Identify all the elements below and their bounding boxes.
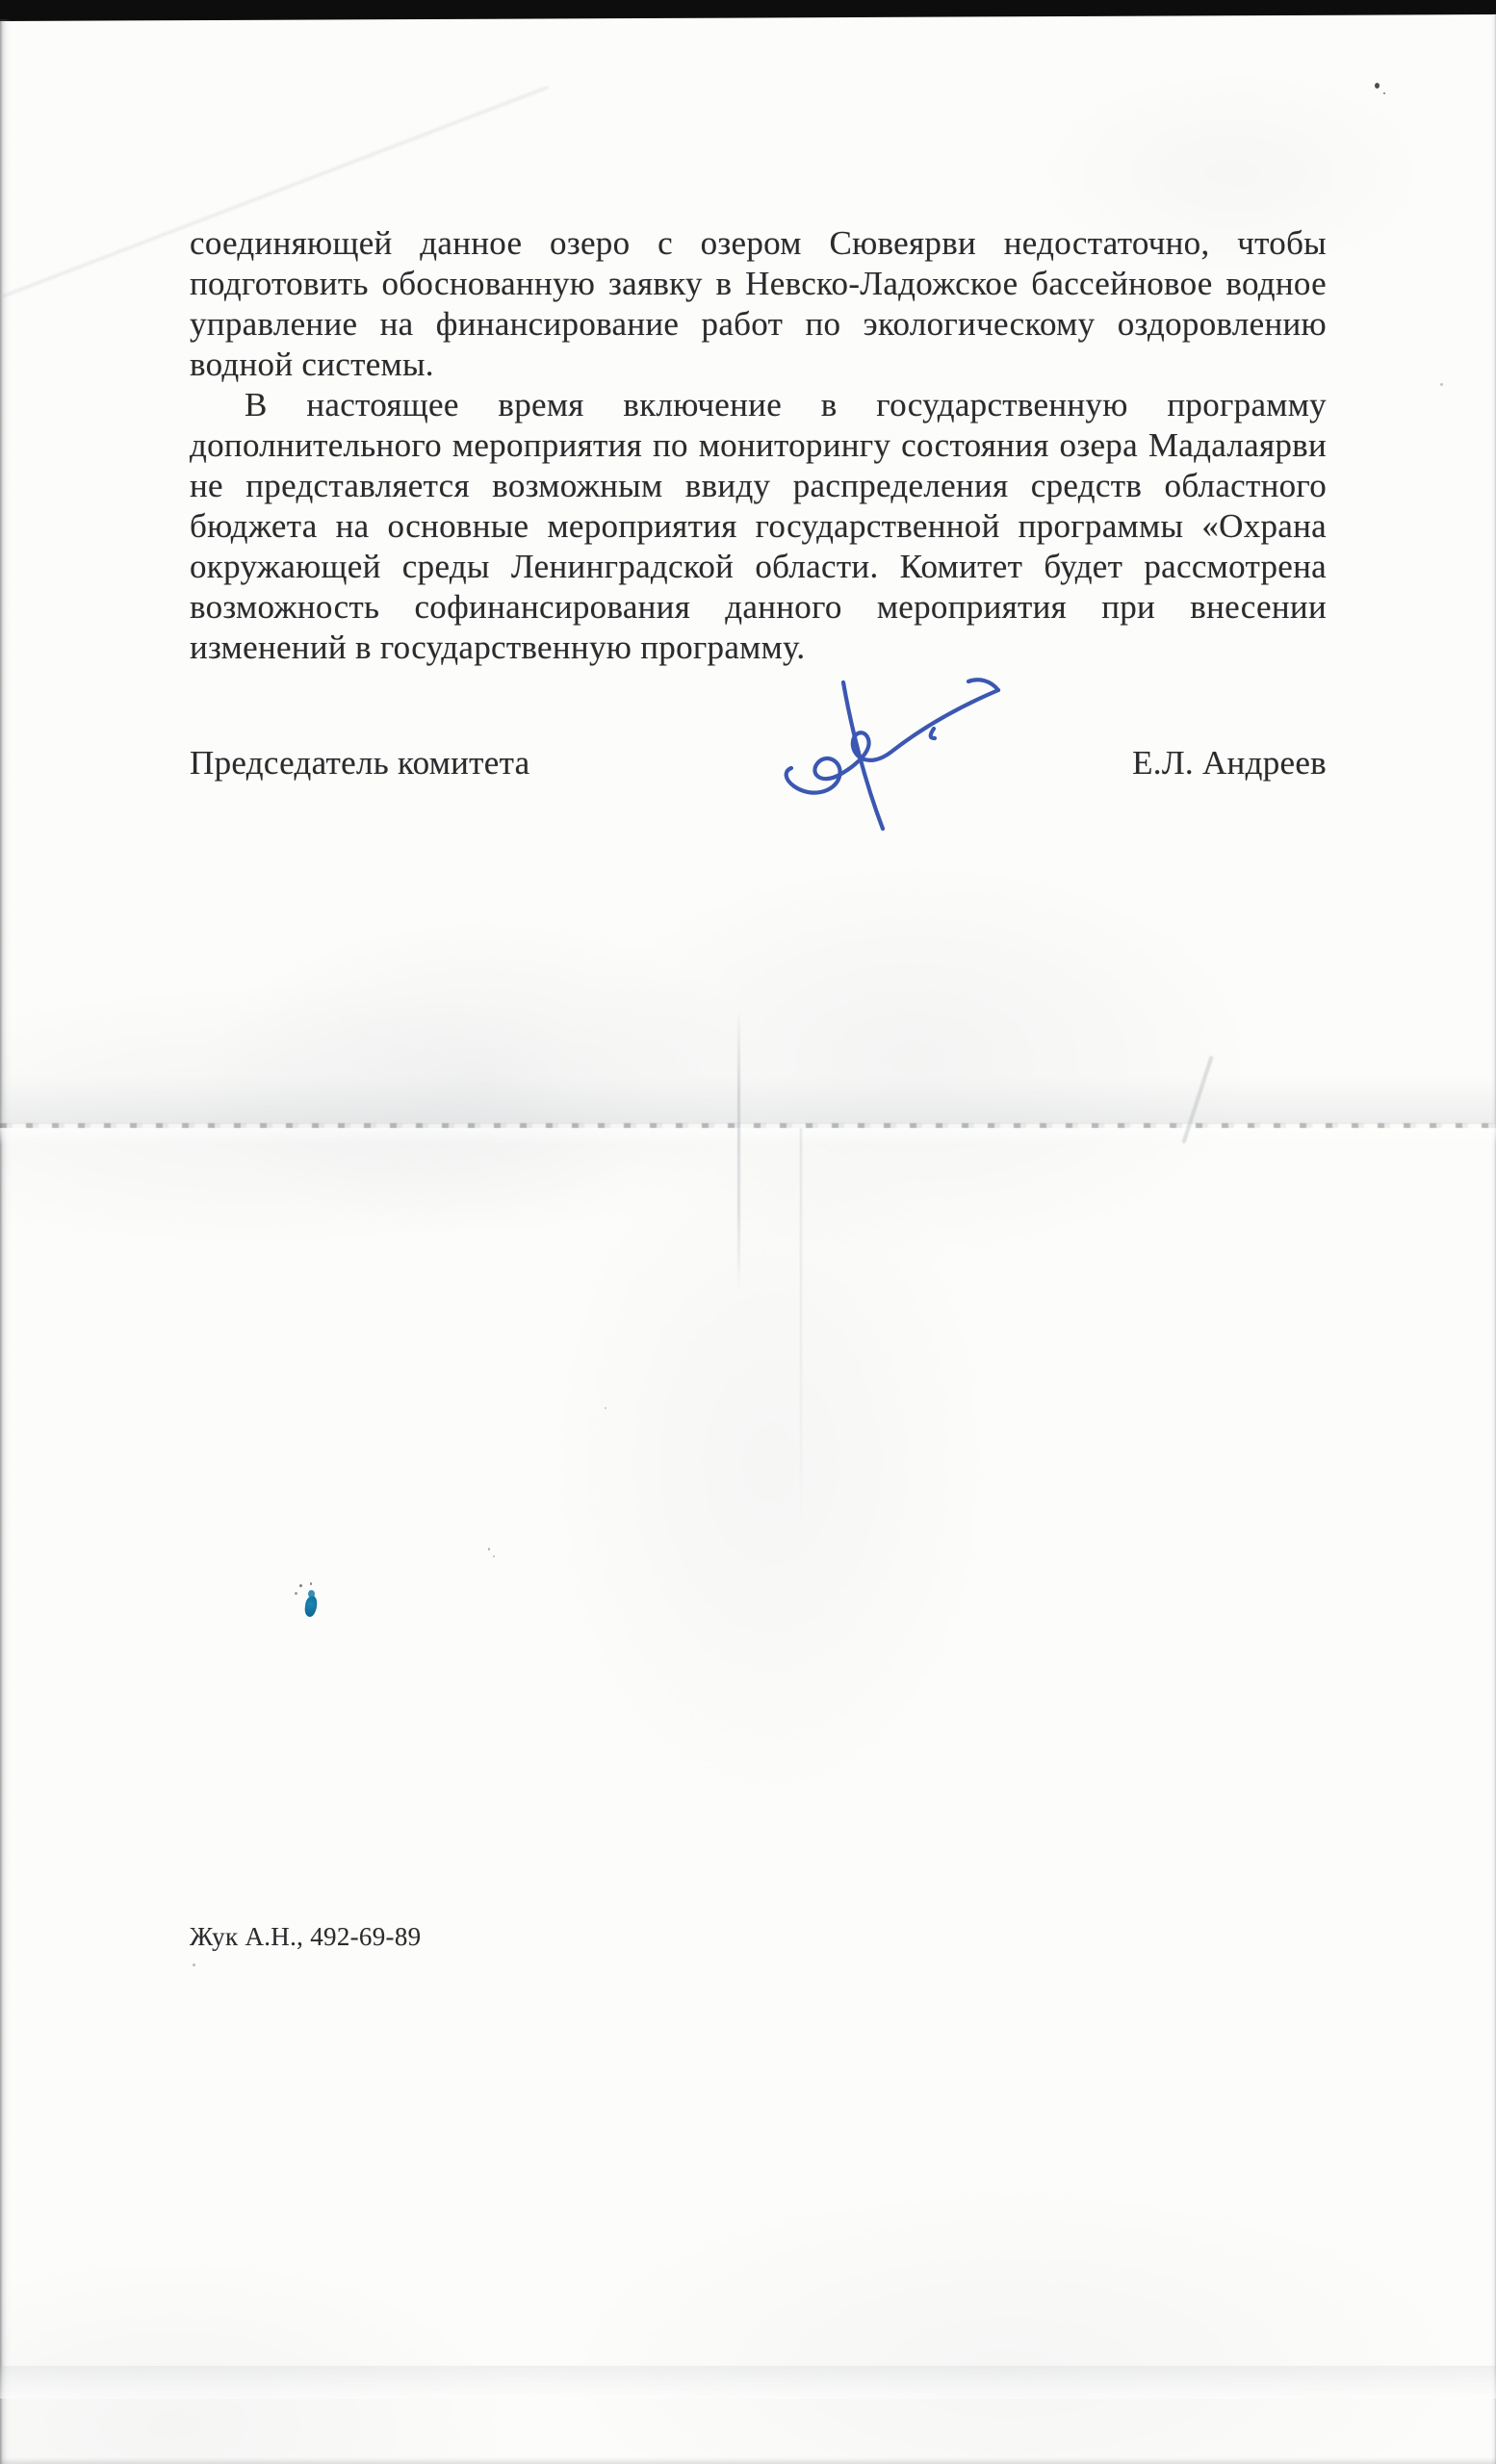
vertical-crease-faint	[800, 1128, 802, 1532]
dust-speck	[1383, 92, 1385, 94]
paragraph: В настоящее время включение в государств…	[190, 385, 1327, 668]
dust-speck	[310, 1582, 312, 1585]
dust-speck	[193, 1963, 195, 1966]
paper-left-edge-shadow	[0, 19, 12, 2464]
bottom-fold-shading	[0, 2366, 1496, 2399]
text-line: бюджета на основные мероприятия государс…	[190, 506, 1327, 547]
text-line: соединяющей данное озеро с озером Сювеяр…	[190, 223, 1327, 264]
paper-bottom-edge-shadow	[0, 2457, 1496, 2464]
text-line: дополнительного мероприятия по мониторин…	[190, 425, 1327, 466]
text-line: управление на финансирование работ по эк…	[190, 304, 1327, 345]
paragraph: соединяющей данное озеро с озером Сювеяр…	[190, 223, 1327, 385]
signer-name: Е.Л. Андреев	[1132, 743, 1327, 783]
paper-right-edge-shadow	[1491, 13, 1496, 2464]
dust-speck	[605, 1407, 606, 1409]
dust-speck	[488, 1548, 490, 1551]
text-line: окружающей среды Ленинградской области. …	[190, 547, 1327, 587]
signature-row: Председатель комитета Е.Л. Андреев	[190, 743, 1327, 783]
text-line: подготовить обоснованную заявку в Невско…	[190, 264, 1327, 304]
letter-body: соединяющей данное озеро с озером Сювеяр…	[190, 223, 1327, 668]
dust-speck	[1375, 83, 1380, 89]
dust-speck	[1440, 383, 1443, 386]
signer-title: Председатель комитета	[190, 743, 529, 783]
text-line: В настоящее время включение в государств…	[190, 385, 1327, 425]
fold-shading	[0, 1076, 1496, 1124]
text-line: возможность софинансирования данного мер…	[190, 587, 1327, 628]
dust-speck	[299, 1584, 302, 1587]
dust-speck	[295, 1592, 297, 1595]
fold-highlight	[0, 1128, 1496, 1145]
text-line: изменений в государственную программу.	[190, 628, 1327, 668]
text-line: водной системы.	[190, 345, 1327, 385]
executor-contact: Жук А.Н., 492-69-89	[190, 1921, 421, 1952]
ink-blot-lobe	[308, 1590, 315, 1598]
text-line: не представляется возможным ввиду распре…	[190, 466, 1327, 506]
vertical-crease	[737, 1009, 740, 1290]
scanned-letter-page: соединяющей данное озеро с озером Сювеяр…	[0, 0, 1496, 2464]
dust-speck	[493, 1555, 495, 1557]
handwritten-signature-ink	[770, 667, 1011, 840]
